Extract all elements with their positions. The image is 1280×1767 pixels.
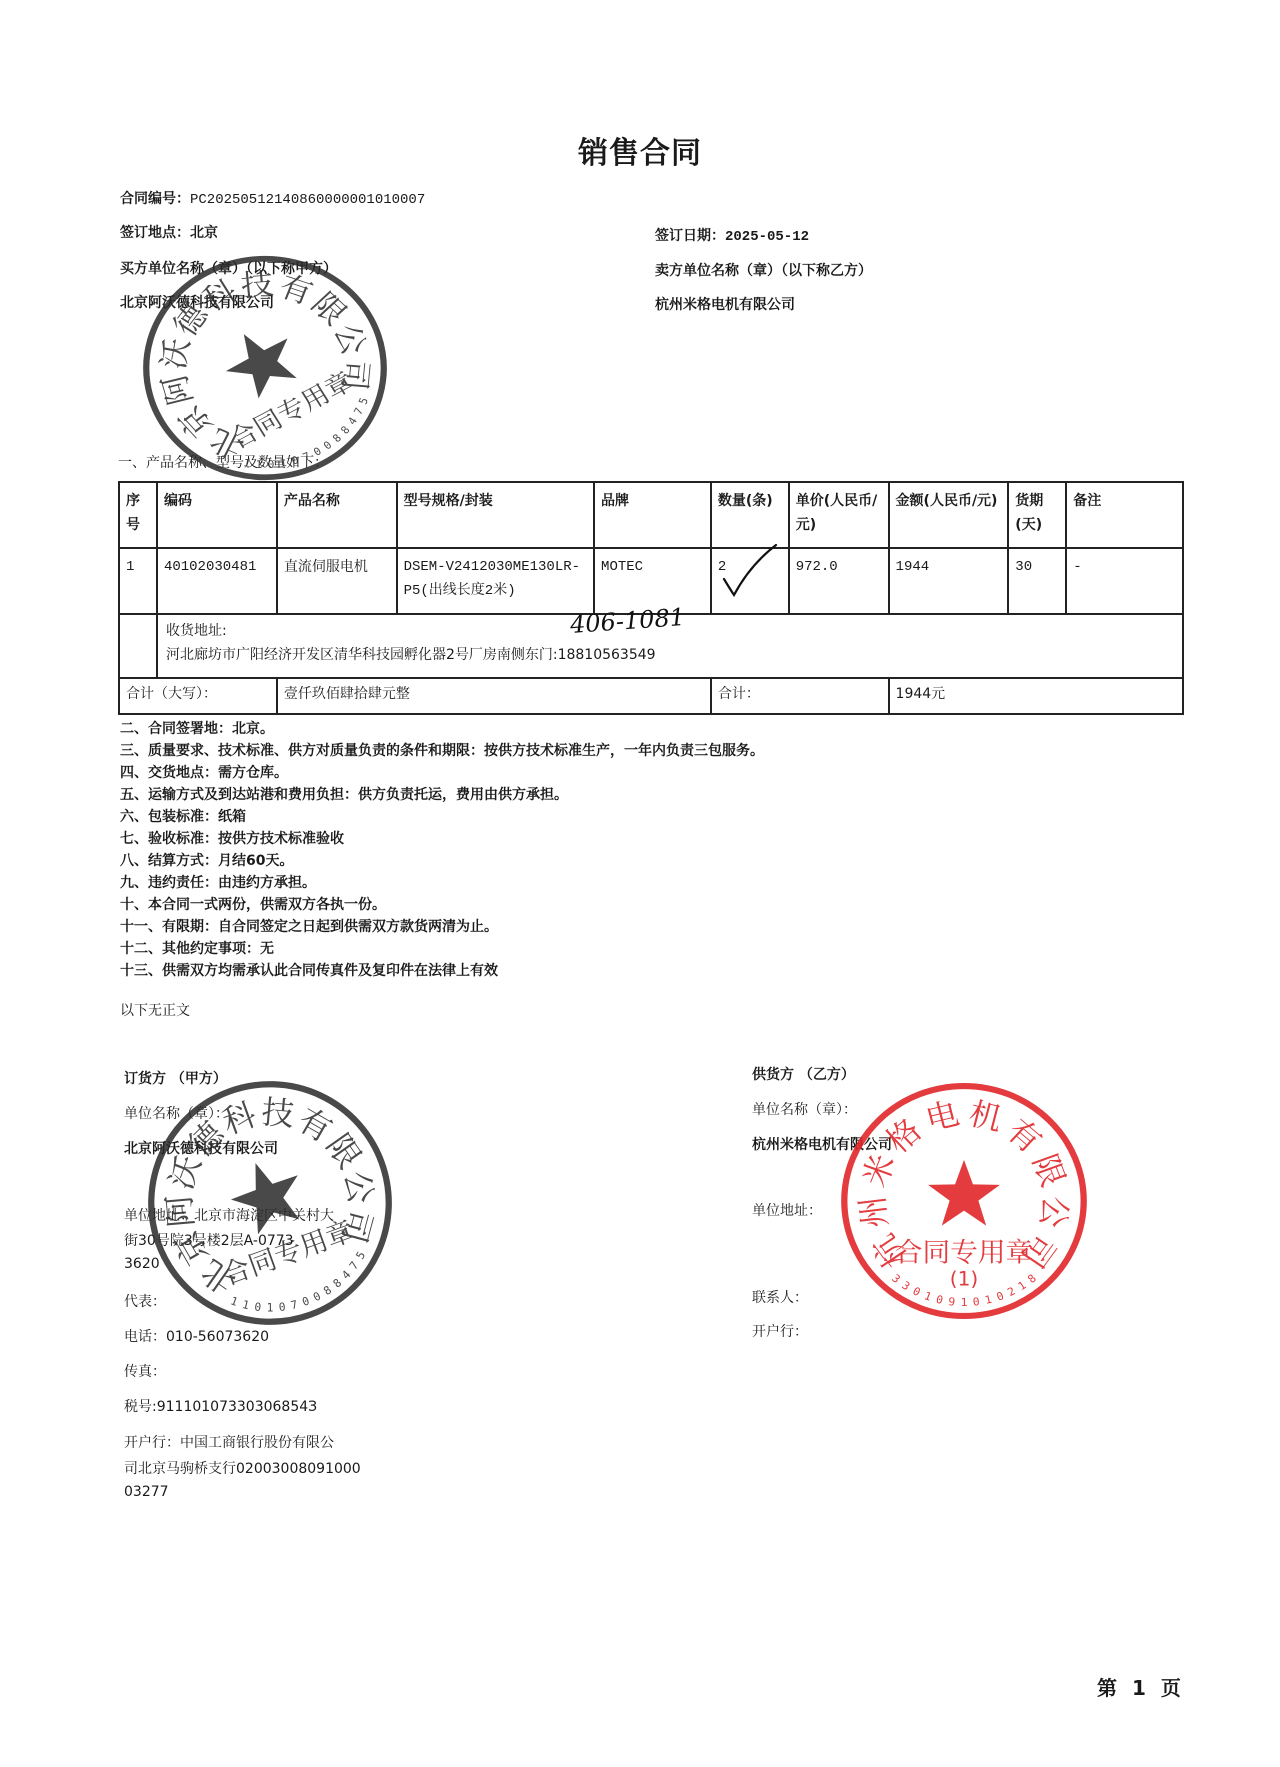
products-table: 序号 编码 产品名称 型号规格/封装 品牌 数量(条) 单价(人民币/元) 金额… — [118, 481, 1184, 715]
svg-text:0: 0 — [972, 1295, 980, 1308]
sign-date-label: 签订日期： — [655, 228, 725, 244]
cell-product-name: 直流伺服电机 — [277, 548, 397, 614]
svg-text:0: 0 — [278, 1300, 286, 1314]
svg-text:7: 7 — [347, 1259, 361, 1272]
seller-label: 卖方单位名称（章）（以下称乙方） — [655, 260, 872, 280]
svg-text:4: 4 — [345, 415, 360, 427]
svg-text:京: 京 — [171, 399, 221, 444]
clause-item: 四、交货地点：需方仓库。 — [120, 762, 764, 784]
clause-item: 十一、有限期：自合同签定之日起到供需双方款货两清为止。 — [120, 916, 764, 938]
contract-number-label: 合同编号： — [120, 191, 190, 207]
svg-text:8: 8 — [331, 1276, 345, 1290]
buyer-name: 北京阿沃德科技有限公司 — [120, 292, 274, 312]
table-row: 1 40102030481 直流伺服电机 DSEM-V2412030ME130L… — [119, 548, 1183, 614]
contract-clauses: 二、合同签署地：北京。 三、质量要求、技术标准、供方对质量负责的条件和期限：按供… — [120, 718, 764, 982]
sign-date-value: 2025-05-12 — [725, 229, 809, 245]
total-upper-value: 壹仟玖佰肆拾肆元整 — [277, 678, 711, 714]
cell-brand: MOTEC — [594, 548, 711, 614]
party-a-tax-label: 税号: — [124, 1399, 157, 1415]
svg-text:0: 0 — [995, 1289, 1006, 1303]
clause-item: 七、验收标准：按供方技术标准验收 — [120, 828, 764, 850]
svg-text:限: 限 — [1025, 1149, 1073, 1192]
party-a-phone-value: 010-56073620 — [166, 1329, 269, 1345]
svg-text:杭: 杭 — [864, 1227, 915, 1274]
party-a-address-line3: 3620 — [124, 1256, 160, 1272]
party-b-title: 供货方 （乙方） — [752, 1064, 855, 1084]
total-label: 合计： — [711, 678, 889, 714]
svg-text:电: 电 — [922, 1095, 963, 1139]
party-a-unit-name: 北京阿沃德科技有限公司 — [124, 1138, 278, 1158]
party-a-unit-name-label: 单位名称（章）： — [124, 1103, 229, 1123]
svg-text:0: 0 — [935, 1293, 945, 1307]
total-upper-label: 合计（大写）： — [119, 678, 277, 714]
party-b-bank-label: 开户行： — [752, 1321, 808, 1341]
cell-amount: 1944 — [889, 548, 1009, 614]
party-a-phone: 电话：010-56073620 — [124, 1326, 269, 1346]
header-brand: 品牌 — [594, 482, 711, 548]
svg-text:0: 0 — [301, 1294, 312, 1309]
header-remark: 备注 — [1066, 482, 1183, 548]
party-b-unit-name-label: 单位名称（章）： — [752, 1099, 857, 1119]
header-quantity: 数量(条) — [711, 482, 789, 548]
header-model: 型号规格/封装 — [397, 482, 594, 548]
svg-text:3: 3 — [899, 1279, 912, 1293]
svg-text:0: 0 — [254, 1300, 262, 1314]
party-a-bank: 开户行：中国工商银行股份有限公 — [124, 1432, 334, 1452]
svg-text:合同专用章: 合同专用章 — [218, 1215, 358, 1292]
svg-text:1: 1 — [229, 1294, 240, 1309]
header-amount: 金额(人民币/元) — [889, 482, 1009, 548]
svg-text:1: 1 — [922, 1289, 933, 1303]
header-code: 编码 — [157, 482, 277, 548]
buyer-label: 买方单位名称（章）（以下称甲方） — [120, 258, 337, 278]
svg-text:阿: 阿 — [156, 371, 201, 409]
sign-date: 签订日期：2025-05-12 — [655, 225, 809, 245]
svg-text:8: 8 — [338, 424, 353, 437]
cell-unit-price: 972.0 — [789, 548, 889, 614]
clause-item: 十二、其他约定事项：无 — [120, 938, 764, 960]
svg-text:8: 8 — [1025, 1272, 1039, 1286]
party-a-tax: 税号:91110107330306854З — [124, 1396, 317, 1416]
svg-text:0: 0 — [910, 1285, 922, 1299]
party-a-phone-label: 电话： — [124, 1329, 166, 1345]
svg-text:1: 1 — [241, 1298, 251, 1312]
svg-text:8: 8 — [330, 432, 344, 445]
party-b-address-label: 单位地址： — [752, 1200, 822, 1220]
header-lead-time: 货期(天) — [1008, 482, 1066, 548]
svg-text:限: 限 — [304, 287, 353, 333]
contract-number-value: PC20250512140860000001010007 — [190, 192, 425, 208]
header-seq: 序号 — [119, 482, 157, 548]
svg-text:公: 公 — [326, 320, 372, 360]
delivery-address-cell: 收货地址: 河北廊坊市广阳经济开发区清华科技园孵化器2号厂房南侧东门:18810… — [157, 614, 1183, 678]
svg-text:1: 1 — [984, 1293, 994, 1307]
svg-text:9: 9 — [948, 1295, 956, 1308]
clause-item: 九、违约责任：由违约方承担。 — [120, 872, 764, 894]
handwritten-check-icon — [720, 543, 780, 601]
cell-lead-time: 30 — [1008, 548, 1066, 614]
svg-text:公: 公 — [337, 1168, 380, 1207]
clause-item: 二、合同签署地：北京。 — [120, 718, 764, 740]
party-a-tax-value: 91110107330306854З — [157, 1399, 317, 1415]
sign-place: 签订地点：北京 — [120, 222, 218, 242]
party-a-bank-line3: 03277 — [124, 1484, 169, 1500]
sign-place-label: 签订地点： — [120, 225, 190, 241]
cell-quantity: 2 — [711, 548, 789, 614]
svg-text:北: 北 — [194, 1252, 242, 1302]
svg-text:1: 1 — [961, 1296, 968, 1309]
svg-text:4: 4 — [339, 1268, 353, 1282]
section-products-title: 一、产品名称、型号及数量如下： — [118, 452, 328, 472]
delivery-address-label: 收货地址: — [166, 619, 1174, 643]
svg-text:州: 州 — [853, 1194, 896, 1230]
seller-name: 杭州米格电机有限公司 — [655, 294, 795, 314]
sign-place-value: 北京 — [190, 225, 218, 241]
svg-text:7: 7 — [289, 1298, 299, 1312]
buyer-company-seal-top: 北京阿沃德科技有限公司合同专用章1101070088475 — [140, 253, 390, 483]
svg-text:司: 司 — [335, 359, 375, 392]
clause-item: 十三、供需双方均需承认此合同传真件及复印件在法律上有效 — [120, 960, 764, 982]
svg-text:限: 限 — [319, 1127, 369, 1175]
party-b-unit-name: 杭州米格电机有限公司 — [752, 1134, 892, 1154]
svg-text:合同专用章: 合同专用章 — [895, 1238, 1034, 1268]
party-a-fax-label: 传真： — [124, 1361, 166, 1381]
party-a-address: 单位地址：北京市海淀区中关村大 — [124, 1205, 334, 1225]
header-product-name: 产品名称 — [277, 482, 397, 548]
svg-text:1: 1 — [1016, 1279, 1029, 1293]
svg-text:合同专用章: 合同专用章 — [224, 366, 359, 455]
svg-text:2: 2 — [1005, 1285, 1017, 1299]
clause-item: 八、结算方式：月结60天。 — [120, 850, 764, 872]
party-a-bank-line2: 司北京马驹桥支行02003008091000 — [124, 1458, 361, 1478]
total-value: 1944元 — [889, 678, 1183, 714]
contract-number: 合同编号：PC20250512140860000001010007 — [120, 188, 425, 208]
clause-item: 五、运输方式及到达站港和费用负担：供方负责托运，费用由供方承担。 — [120, 784, 764, 806]
svg-text:5: 5 — [356, 396, 371, 406]
svg-text:1: 1 — [267, 1302, 274, 1315]
svg-text:有: 有 — [999, 1112, 1049, 1161]
clause-item: 六、包装标准：纸箱 — [120, 806, 764, 828]
clause-item: 三、质量要求、技术标准、供方对质量负责的条件和期限：按供方技术标准生产，一年内负… — [120, 740, 764, 762]
total-row: 合计（大写）： 壹仟玖佰肆拾肆元整 合计： 1944元 — [119, 678, 1183, 714]
svg-text:0: 0 — [311, 1289, 323, 1304]
table-header-row: 序号 编码 产品名称 型号规格/封装 品牌 数量(条) 单价(人民币/元) 金额… — [119, 482, 1183, 548]
party-a-address-label: 单位地址： — [124, 1208, 194, 1224]
svg-text:司: 司 — [334, 1206, 379, 1247]
party-a-title: 订货方 （甲方） — [124, 1068, 227, 1088]
end-note: 以下无正文 — [120, 1000, 190, 1020]
cell-model: DSEM-V2412030ME130LR-P5(出线长度2米) — [397, 548, 594, 614]
svg-text:司: 司 — [1013, 1227, 1064, 1274]
cell-seq: 1 — [119, 548, 157, 614]
svg-text:0: 0 — [321, 439, 335, 453]
header-unit-price: 单价(人民币/元) — [789, 482, 889, 548]
delivery-address-row: 收货地址: 河北廊坊市广阳经济开发区清华科技园孵化器2号厂房南侧东门:18810… — [119, 614, 1183, 678]
svg-text:技: 技 — [260, 1093, 296, 1134]
party-b-contact-label: 联系人： — [752, 1287, 808, 1307]
party-a-bank-line1: 中国工商银行股份有限公 — [180, 1435, 334, 1451]
cell-remark: - — [1066, 548, 1183, 614]
svg-text:机: 机 — [965, 1095, 1006, 1139]
party-a-address-line1: 北京市海淀区中关村大 — [194, 1208, 334, 1224]
svg-text:8: 8 — [321, 1283, 334, 1298]
svg-text:米: 米 — [855, 1149, 903, 1192]
svg-text:有: 有 — [291, 1100, 338, 1149]
delivery-address-value: 河北廊坊市广阳经济开发区清华科技园孵化器2号厂房南侧东门:18810563549 — [166, 643, 1174, 667]
clause-item: 十、本合同一式两份，供需双方各执一份。 — [120, 894, 764, 916]
party-a-bank-label: 开户行： — [124, 1435, 180, 1451]
svg-text:公: 公 — [1033, 1194, 1076, 1230]
svg-text:沃: 沃 — [155, 336, 198, 371]
party-a-rep-label: 代表： — [124, 1291, 166, 1311]
seller-company-seal: 杭州米格电机有限公司合同专用章(1)3301091010218 — [838, 1080, 1090, 1322]
page-number: 第 1 页 — [1097, 1672, 1185, 1701]
svg-text:3: 3 — [889, 1272, 903, 1286]
party-a-address-line2: 街30号院3号楼2层A-0773 — [124, 1230, 294, 1250]
svg-text:7: 7 — [351, 406, 366, 417]
svg-text:5: 5 — [354, 1249, 369, 1261]
cell-code: 40102030481 — [157, 548, 277, 614]
svg-text:(1): (1) — [950, 1268, 979, 1291]
document-title: 销售合同 — [0, 128, 1280, 172]
